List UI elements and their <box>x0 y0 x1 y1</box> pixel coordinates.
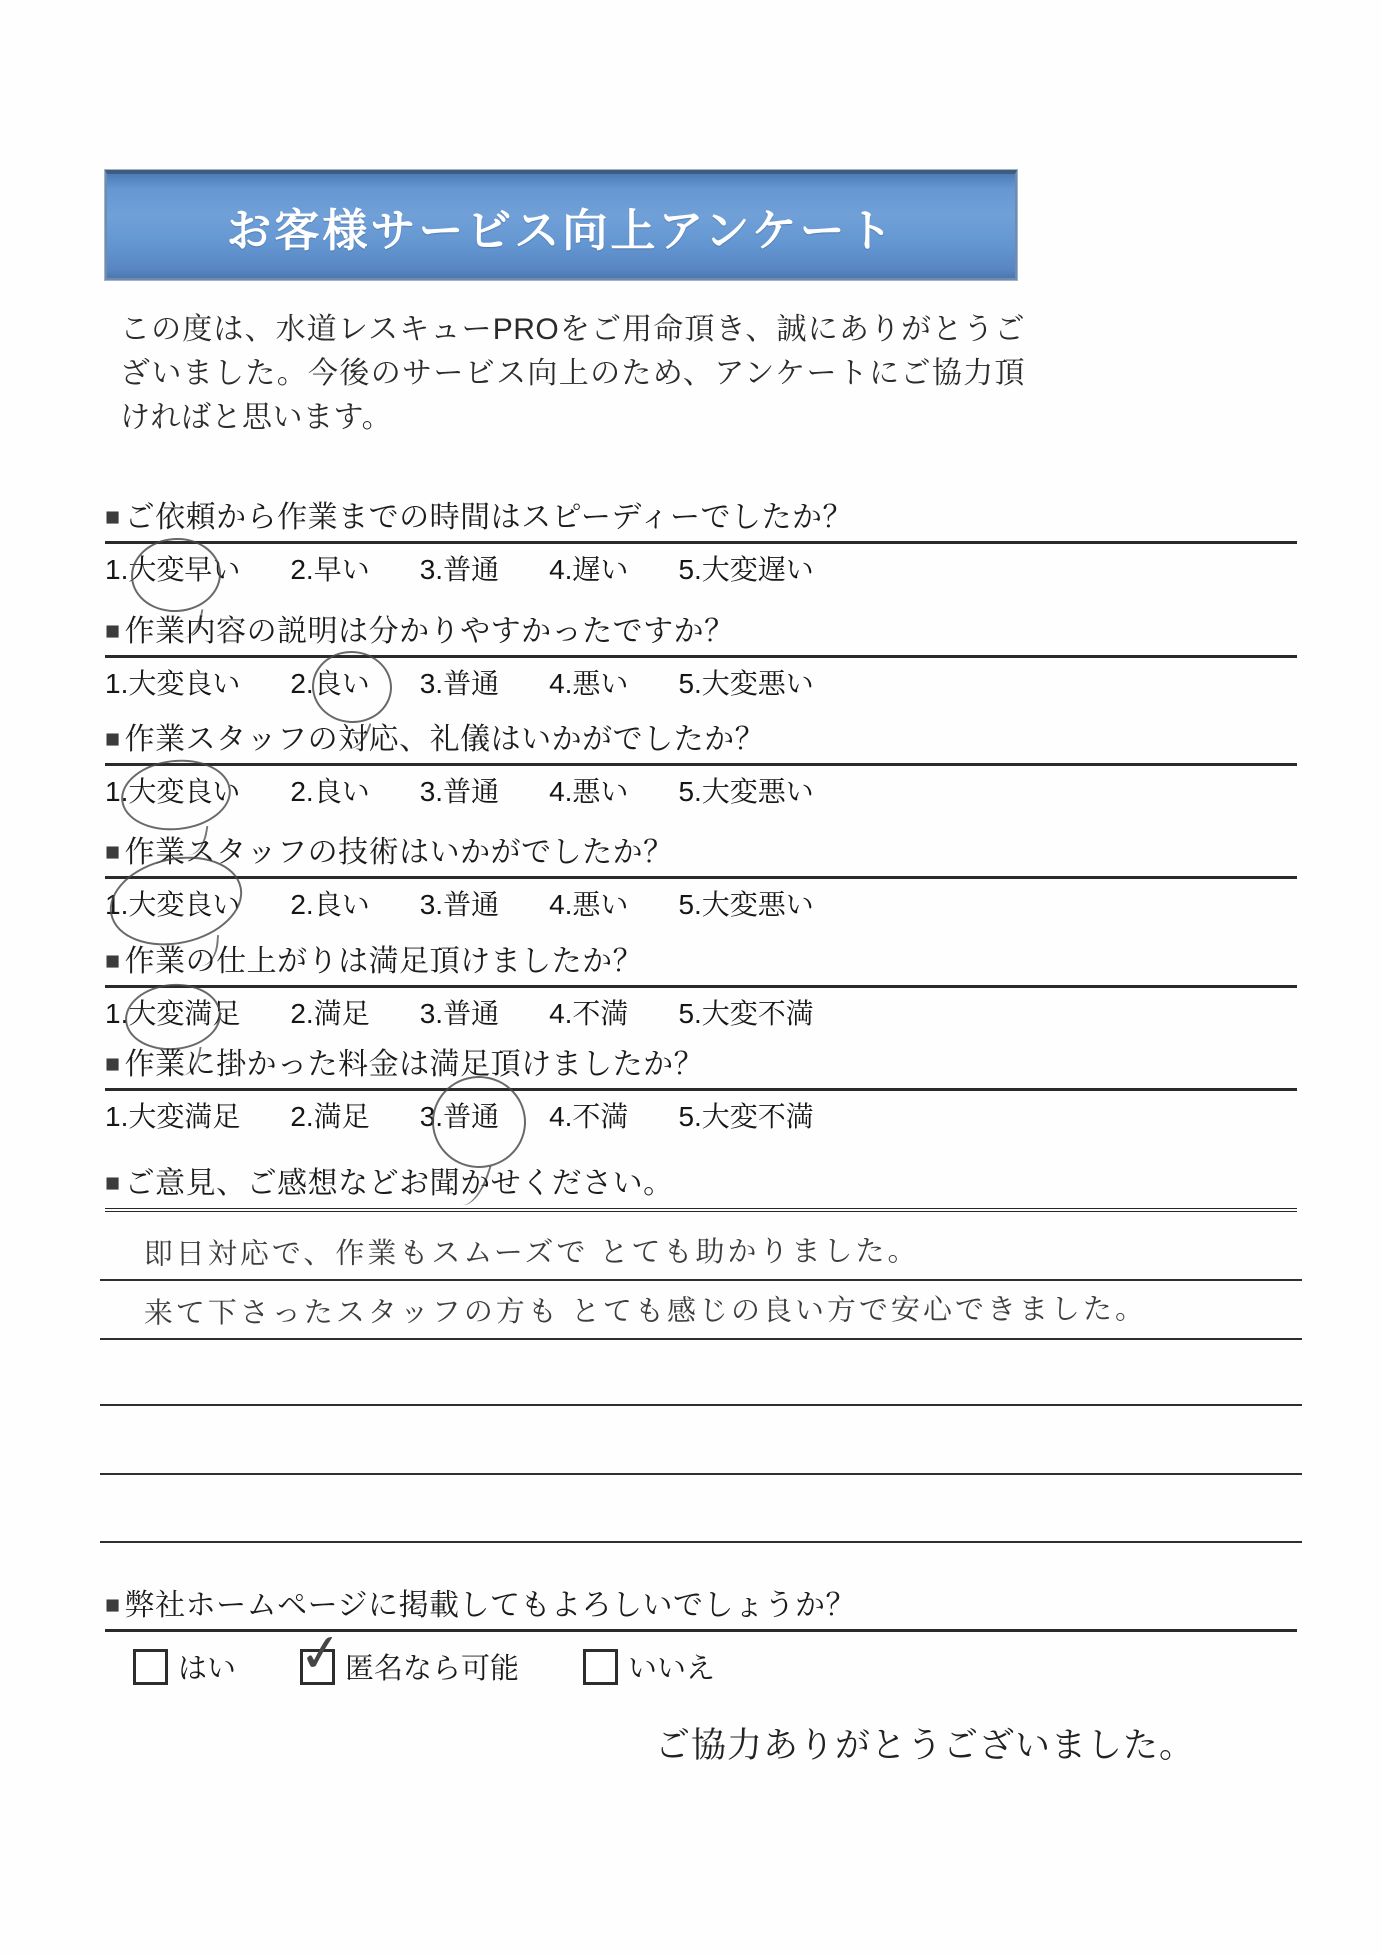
publish-option-no: いいえ <box>583 1646 715 1687</box>
square-bullet-icon: ■ <box>105 838 121 866</box>
option: 4.悪い <box>549 667 628 701</box>
option: 5.大変悪い <box>678 775 813 809</box>
comments-title: ご意見、ご感想などお聞かせください。 <box>125 1167 674 1200</box>
handwritten-comment: 即日対応で、作業もスムーズで とても助かりました。 <box>100 1228 920 1279</box>
ruled-line <box>100 1406 1302 1475</box>
option: 4.不満 <box>549 1100 628 1134</box>
form-title: お客様サービス向上アンケート <box>226 194 895 259</box>
publish-label: ■弊社ホームページに掲載してもよろしいでしょうか？ <box>105 1585 1297 1626</box>
ruled-line: 即日対応で、作業もスムーズで とても助かりました。 <box>100 1218 1302 1281</box>
option: 1.大変良い <box>105 775 240 809</box>
question-underline <box>105 763 1297 766</box>
option: 3.普通 <box>420 997 499 1031</box>
closing-thanks: ご協力ありがとうございました。 <box>655 1718 1195 1768</box>
publish-option-anonymous: ✓匿名なら可能 <box>300 1646 519 1687</box>
publish-option-yes: はい <box>133 1646 236 1687</box>
handwritten-circle <box>122 980 223 1054</box>
ruled-line <box>100 1340 1302 1406</box>
question-label: ■作業の仕上がりは満足頂けましたか？ <box>105 941 1297 982</box>
checkbox-label: 匿名なら可能 <box>345 1646 519 1687</box>
option: 3.普通 <box>420 775 499 809</box>
square-bullet-icon: ■ <box>105 725 121 753</box>
publish-permission-section: ■弊社ホームページに掲載してもよろしいでしょうか？ はい ✓匿名なら可能 いいえ <box>105 1585 1297 1687</box>
option: 2.満足 <box>290 997 369 1031</box>
option: 5.大変不満 <box>678 997 813 1031</box>
publish-title: 弊社ホームページに掲載してもよろしいでしょうか？ <box>125 1589 856 1622</box>
question-speed: ■ご依頼から作業までの時間はスピーディーでしたか？ 1.大変早い 2.早い 3.… <box>105 497 1297 587</box>
option: 1.大変満足 <box>105 1100 240 1134</box>
question-text: 作業に掛かった料金は満足頂けましたか？ <box>125 1048 705 1081</box>
options-row: 1.大変良い 2.良い 3.普通 4.悪い 5.大変悪い <box>105 888 1297 922</box>
option: 4.遅い <box>549 553 628 587</box>
comment-lines-area: 即日対応で、作業もスムーズで とても助かりました。 来て下さったスタッフの方も … <box>100 1218 1302 1543</box>
option: 3.普通 <box>420 667 499 701</box>
question-skill: ■作業スタッフの技術はいかがでしたか？ 1.大変良い 2.良い 3.普通 4.悪… <box>105 832 1297 922</box>
ruled-line <box>100 1475 1302 1543</box>
checkbox-label: いいえ <box>628 1646 715 1687</box>
handwritten-comment: 来て下さったスタッフの方も とても感じの良い方で安心できました。 <box>100 1286 1147 1338</box>
question-manner: ■作業スタッフの対応、礼儀はいかがでしたか？ 1.大変良い 2.良い 3.普通 … <box>105 719 1297 809</box>
comments-section-header: ■ご意見、ご感想などお聞かせください。 <box>105 1163 1297 1212</box>
question-label: ■ご依頼から作業までの時間はスピーディーでしたか？ <box>105 497 1297 538</box>
option: 4.悪い <box>549 888 628 922</box>
question-label: ■作業内容の説明は分かりやすかったですか？ <box>105 611 1297 652</box>
option: 1.大変良い <box>105 667 240 701</box>
options-row: 1.大変早い 2.早い 3.普通 4.遅い 5.大変遅い <box>105 553 1297 587</box>
options-row: 1.大変良い 2.良い 3.普通 4.悪い 5.大変悪い <box>105 775 1297 809</box>
question-price: ■作業に掛かった料金は満足頂けましたか？ 1.大変満足 2.満足 3.普通 4.… <box>105 1044 1297 1134</box>
question-text: 作業の仕上がりは満足頂けましたか？ <box>125 945 644 978</box>
option: 4.悪い <box>549 775 628 809</box>
option: 2.満足 <box>290 1100 369 1134</box>
square-bullet-icon: ■ <box>105 1050 121 1078</box>
checkbox: ✓ <box>300 1649 335 1685</box>
square-bullet-icon: ■ <box>105 1591 121 1619</box>
question-text: 作業スタッフの技術はいかがでしたか？ <box>125 836 674 869</box>
option: 1.大変満足 <box>105 997 240 1031</box>
publish-options-row: はい ✓匿名なら可能 いいえ <box>105 1646 1297 1687</box>
option: 5.大変悪い <box>678 888 813 922</box>
square-bullet-icon: ■ <box>105 503 121 531</box>
option: 4.不満 <box>549 997 628 1031</box>
option: 3.普通 <box>420 1100 499 1134</box>
question-text: 作業スタッフの対応、礼儀はいかがでしたか？ <box>125 723 766 756</box>
square-bullet-icon: ■ <box>105 1169 121 1197</box>
handwritten-circle <box>310 648 395 725</box>
options-row: 1.大変満足 2.満足 3.普通 4.不満 5.大変不満 <box>105 1100 1297 1134</box>
question-finish: ■作業の仕上がりは満足頂けましたか？ 1.大変満足 2.満足 3.普通 4.不満… <box>105 941 1297 1031</box>
checkbox <box>133 1649 168 1685</box>
handwritten-circle <box>118 754 235 835</box>
square-bullet-icon: ■ <box>105 617 121 645</box>
option: 5.大変不満 <box>678 1100 813 1134</box>
intro-paragraph: この度は、水道レスキューPROをご用命頂き、誠にありがとうございました。今後のサ… <box>120 308 1025 440</box>
option: 2.良い <box>290 888 369 922</box>
question-underline <box>105 1088 1297 1091</box>
question-text: 作業内容の説明は分かりやすかったですか？ <box>125 615 735 648</box>
option: 2.良い <box>290 667 369 701</box>
options-row: 1.大変良い 2.良い 3.普通 4.悪い 5.大変悪い <box>105 667 1297 701</box>
comments-label: ■ご意見、ご感想などお聞かせください。 <box>105 1163 1297 1204</box>
options-row: 1.大変満足 2.満足 3.普通 4.不満 5.大変不満 <box>105 997 1297 1031</box>
option: 1.大変良い <box>105 888 240 922</box>
option: 3.普通 <box>420 553 499 587</box>
ruled-line: 来て下さったスタッフの方も とても感じの良い方で安心できました。 <box>100 1281 1302 1340</box>
option: 3.普通 <box>420 888 499 922</box>
option: 2.早い <box>290 553 369 587</box>
publish-underline <box>105 1629 1297 1632</box>
question-text: ご依頼から作業までの時間はスピーディーでしたか？ <box>125 501 853 534</box>
scanned-survey-form: お客様サービス向上アンケート この度は、水道レスキューPROをご用命頂き、誠にあ… <box>0 0 1382 1954</box>
option: 2.良い <box>290 775 369 809</box>
question-underline <box>105 541 1297 544</box>
checkbox-label: はい <box>178 1646 236 1687</box>
check-icon: ✓ <box>296 1625 345 1681</box>
question-underline <box>105 876 1297 879</box>
option: 1.大変早い <box>105 553 240 587</box>
question-label: ■作業スタッフの対応、礼儀はいかがでしたか？ <box>105 719 1297 760</box>
comments-underline <box>105 1208 1297 1212</box>
handwritten-circle <box>129 535 224 615</box>
square-bullet-icon: ■ <box>105 947 121 975</box>
title-banner: お客様サービス向上アンケート <box>105 170 1017 280</box>
option: 5.大変悪い <box>678 667 813 701</box>
question-underline <box>105 985 1297 988</box>
question-explanation: ■作業内容の説明は分かりやすかったですか？ 1.大変良い 2.良い 3.普通 4… <box>105 611 1297 701</box>
question-label: ■作業に掛かった料金は満足頂けましたか？ <box>105 1044 1297 1085</box>
question-underline <box>105 655 1297 658</box>
option: 5.大変遅い <box>678 553 813 587</box>
checkbox <box>583 1649 618 1685</box>
question-label: ■作業スタッフの技術はいかがでしたか？ <box>105 832 1297 873</box>
